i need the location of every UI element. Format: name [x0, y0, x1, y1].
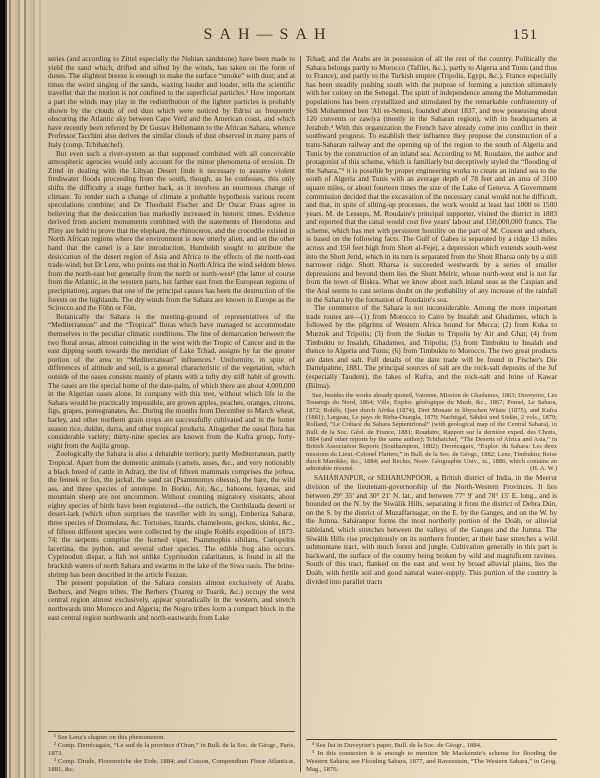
- footnote-5: ⁵ In this connexion it is enough to ment…: [306, 750, 557, 774]
- paragraph-commerce: The commerce of the Sahara is not incons…: [306, 304, 557, 390]
- paragraph-population: The present population of the Sahara con…: [48, 579, 295, 622]
- left-column: series (and according to Zittel especial…: [48, 55, 295, 774]
- page-header: SAH—SAH 151: [46, 26, 600, 50]
- right-column: Tchad; and the Arabs are in possession o…: [306, 55, 557, 774]
- left-footnotes: ¹ See Lenz's chapter on this phenomenon.…: [48, 728, 295, 774]
- author-initials: (H. A. W.): [524, 465, 557, 472]
- footnote-2: ² Comp. Derrécagaix, “Le sud de la provi…: [48, 742, 295, 758]
- paragraph-politics-inland-sea: Tchad; and the Arabs are in possession o…: [306, 55, 557, 304]
- bibliography-block: See, besides the works already quoted, V…: [306, 392, 557, 472]
- footnote-3: ³ Comp. Drude, Florenreiche der Erde, 18…: [48, 758, 295, 774]
- book-page: SAH—SAH 151 series (and according to Zit…: [0, 0, 600, 778]
- footnote-rule: [306, 739, 557, 740]
- footnote-rule: [48, 731, 295, 732]
- paragraph-botany: Botanically the Sahara is the meeting-gr…: [48, 313, 295, 451]
- running-header: SAH—SAH: [118, 26, 418, 44]
- paragraph-saharanpur-article: SAHÁRANPUR, or SEHARUNPOOR, a British di…: [306, 474, 557, 586]
- column-divider-rule: [300, 56, 301, 772]
- page-number: 151: [513, 27, 539, 44]
- bibliography-text: See, besides the works already quoted, V…: [306, 392, 557, 472]
- footnote-1: ¹ See Lenz's chapter on this phenomenon.: [48, 734, 295, 742]
- paragraph-sand-dunes-winds: series (and according to Zittel especial…: [48, 55, 295, 150]
- footnote-4: ⁴ See list in Duveyrier's paper, Bull. d…: [306, 742, 557, 750]
- book-binding-edge: [0, 0, 46, 778]
- text-columns: series (and according to Zittel especial…: [48, 55, 557, 774]
- paragraph-zoology: Zoologically the Sahara is also a debata…: [48, 450, 295, 579]
- paragraph-desiccation-climate: But even such a river-system as that sup…: [48, 150, 295, 313]
- right-footnotes: ⁴ See list in Duveyrier's paper, Bull. d…: [306, 736, 557, 774]
